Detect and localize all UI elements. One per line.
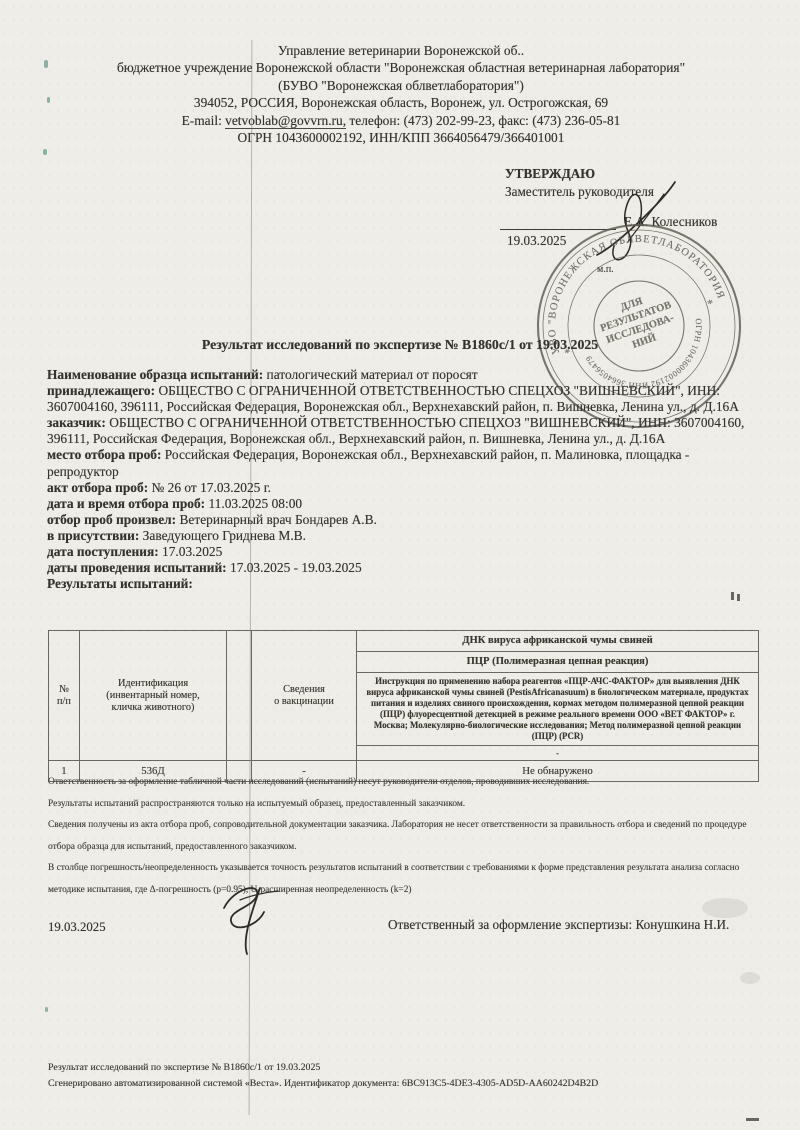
method-sub-cell: -: [357, 746, 759, 761]
col-header-number: № п/п: [49, 631, 80, 761]
field-row: отбор проб произвел: Ветеринарный врач Б…: [47, 512, 763, 528]
field-row: заказчик: ОБЩЕСТВО С ОГРАНИЧЕННОЙ ОТВЕТС…: [47, 415, 763, 447]
field-row: место отбора проб: Российская Федерация,…: [47, 447, 763, 479]
email-label: E-mail:: [182, 113, 226, 128]
scan-artifact: [737, 594, 740, 601]
field-row: акт отбора проб: № 26 от 17.03.2025 г.: [47, 480, 763, 496]
footer-line: Сгенерировано автоматизированной системо…: [48, 1076, 748, 1092]
field-row: даты проведения испытаний: 17.03.2025 - …: [47, 560, 763, 576]
document-footer: Результат исследований по экспертизе № В…: [48, 1060, 748, 1091]
results-table: № п/п Идентификация (инвентарный номер, …: [48, 630, 759, 782]
footnote: В столбце погрешность/неопределенность у…: [48, 858, 760, 901]
field-row: дата поступления: 17.03.2025: [47, 544, 763, 560]
footnote: Сведения получены из акта отбора проб, с…: [48, 815, 760, 858]
scan-artifact: [44, 60, 48, 68]
sample-fields: Наименование образца испытаний: патологи…: [47, 367, 763, 592]
col-header-empty: [227, 631, 252, 761]
signoff-date: 19.03.2025: [48, 920, 106, 935]
scan-artifact: [43, 149, 47, 155]
stamp-star-right: *: [705, 296, 715, 311]
field-row: принадлежащего: ОБЩЕСТВО С ОГРАНИЧЕННОЙ …: [47, 383, 763, 415]
letterhead: Управление ветеринарии Воронежской об.. …: [40, 42, 762, 146]
responsible-signature-ink: [214, 878, 302, 966]
footnote: Результаты испытаний распространяются то…: [48, 794, 760, 816]
scan-artifact: [702, 898, 748, 918]
scanned-document-page: Управление ветеринарии Воронежской об.. …: [0, 0, 800, 1130]
field-row: Результаты испытаний:: [47, 576, 763, 592]
letterhead-email-line: E-mail: vetvoblab@govvrn.ru, телефон: (4…: [40, 112, 762, 129]
letterhead-line: 394052, РОССИЯ, Воронежская область, Вор…: [40, 94, 762, 111]
email-address: vetvoblab@govvrn.ru,: [225, 113, 346, 129]
letterhead-line: Управление ветеринарии Воронежской об..: [40, 42, 762, 59]
document-title: Результат исследований по экспертизе № В…: [0, 337, 800, 353]
result-group-pcr: ПЦР (Полимеразная цепная реакция): [357, 652, 759, 673]
letterhead-line: ОГРН 1043600002192, ИНН/КПП 3664056479/3…: [40, 129, 762, 146]
scan-artifact: [47, 97, 50, 103]
scan-artifact: [45, 1007, 48, 1012]
method-description: Инструкция по применению набора реагенто…: [357, 673, 759, 746]
footnote: Ответственность за оформление табличной …: [48, 772, 760, 794]
field-row: Наименование образца испытаний: патологи…: [47, 367, 763, 383]
scan-artifact: [731, 592, 734, 600]
footer-line: Результат исследований по экспертизе № В…: [48, 1060, 748, 1076]
result-group-dna: ДНК вируса африканской чумы свиней: [357, 631, 759, 652]
col-header-identification: Идентификация (инвентарный номер, кличка…: [80, 631, 227, 761]
field-row: дата и время отбора проб: 11.03.2025 08:…: [47, 496, 763, 512]
letterhead-line: бюджетное учреждение Воронежской области…: [40, 59, 762, 76]
scan-artifact: [740, 972, 760, 984]
phone-fax-text: телефон: (473) 202-99-23, факс: (473) 23…: [346, 113, 620, 128]
responsible-person: Ответственный за оформление экспертизы: …: [388, 917, 760, 933]
field-row: в присутствии: Заведующего Гриднева М.В.: [47, 528, 763, 544]
footnotes: Ответственность за оформление табличной …: [48, 772, 760, 901]
scan-artifact: [746, 1118, 759, 1121]
letterhead-line: (БУВО "Воронежская облветлаборатория"): [40, 77, 762, 94]
col-header-vaccination: Сведения о вакцинации: [252, 631, 357, 761]
